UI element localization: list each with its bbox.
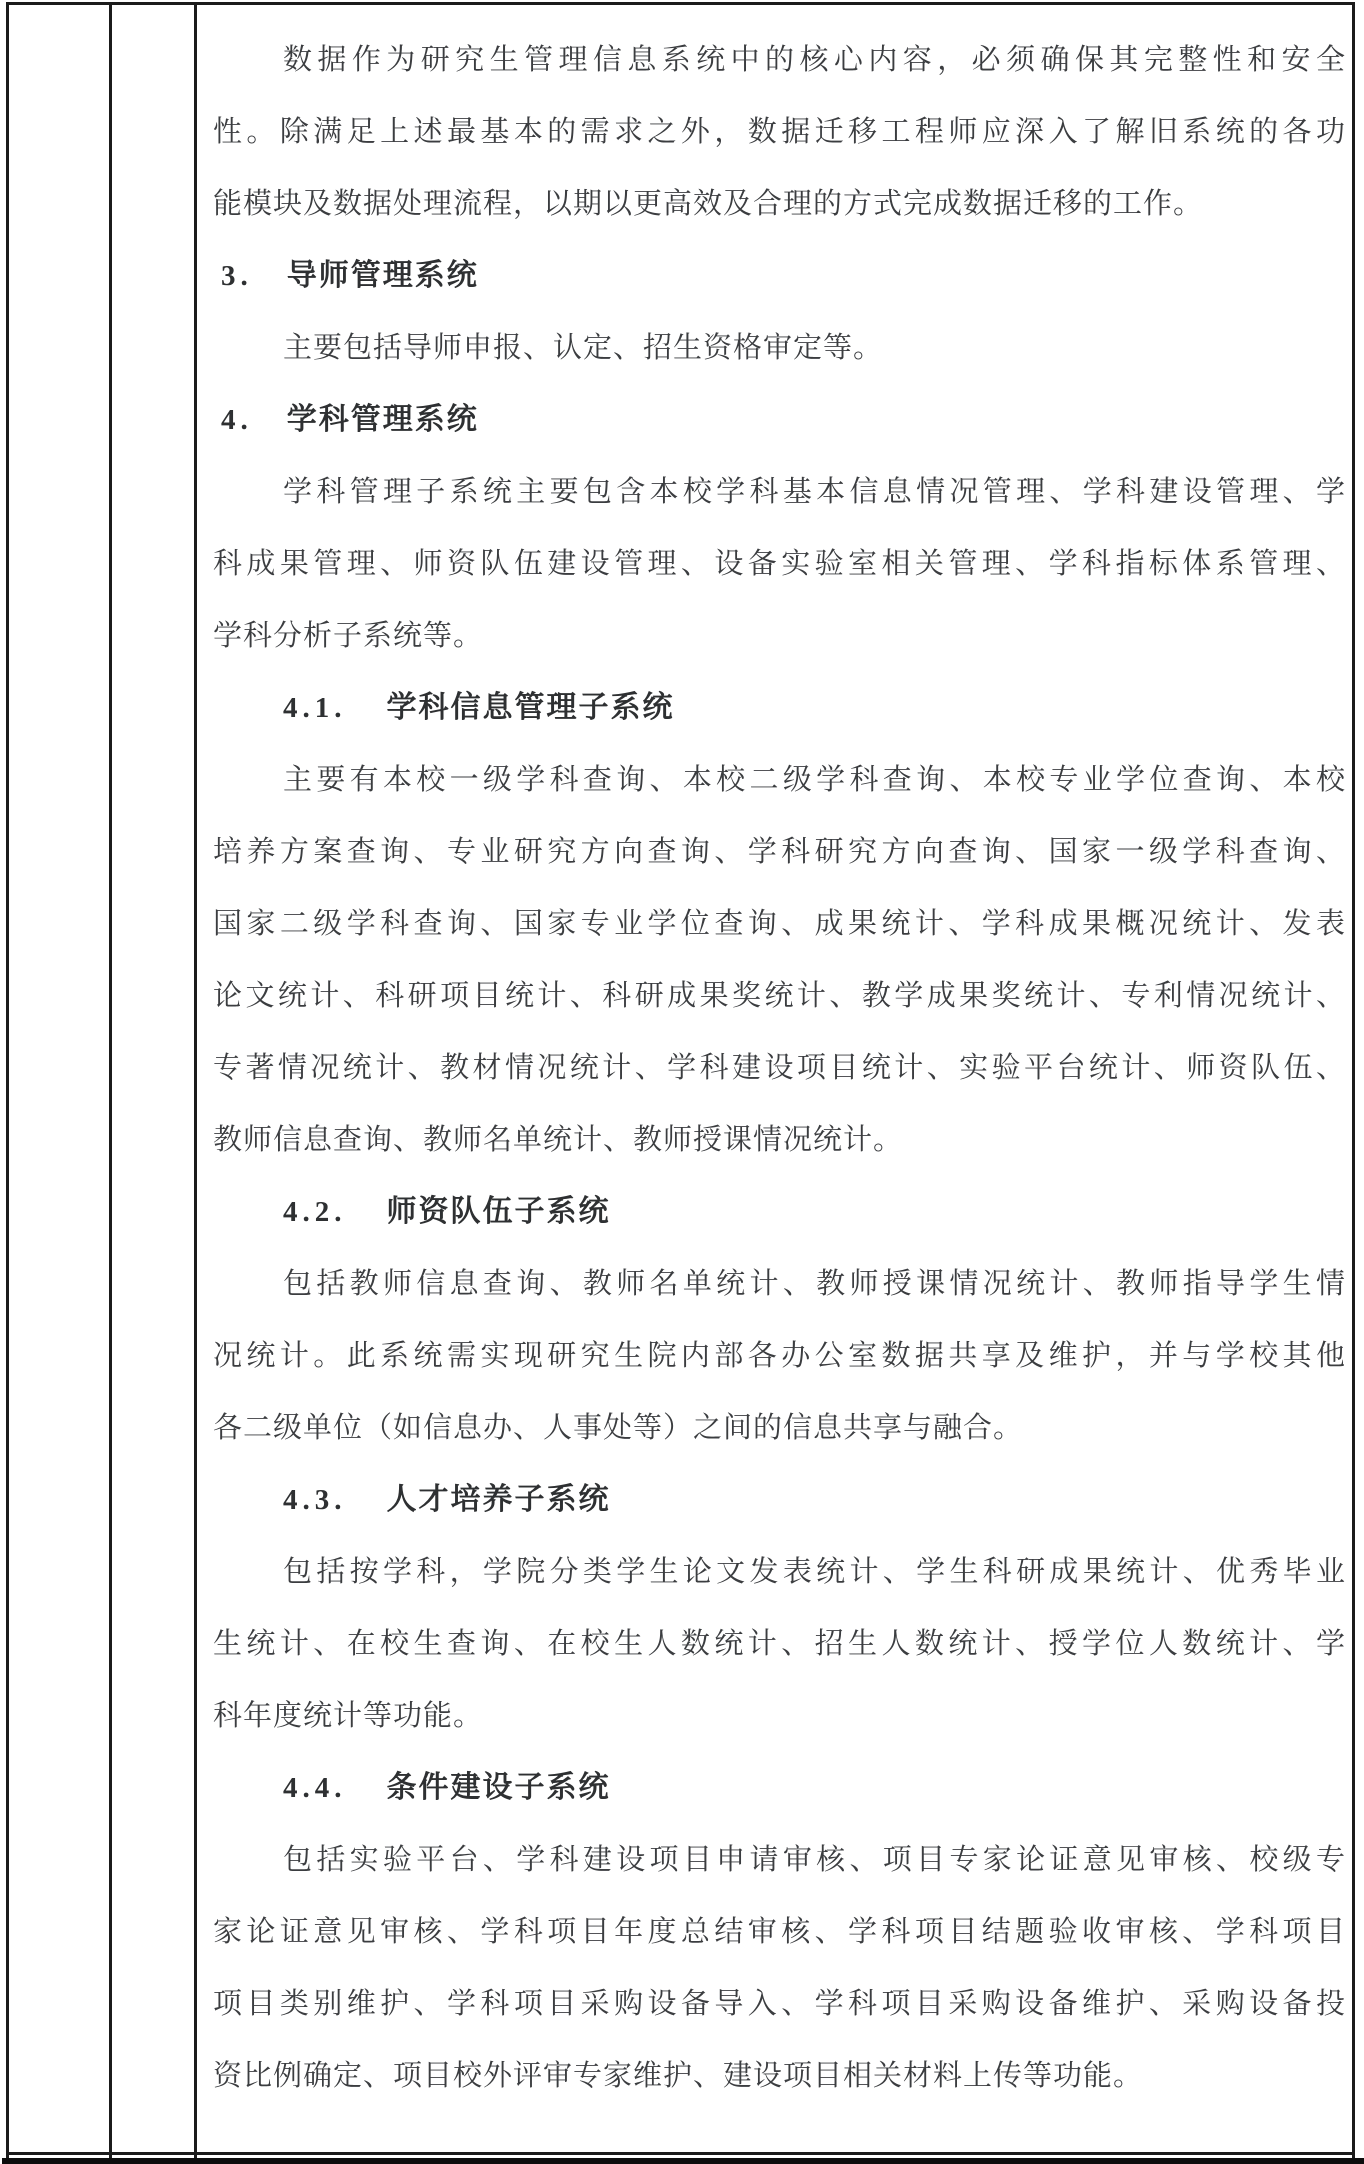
document-page: 数据作为研究生管理信息系统中的核心内容，必须确保其完整性和安全性。除满足上述最基…: [0, 0, 1364, 2164]
subsection-heading: 4.1.学科信息管理子系统: [213, 672, 1346, 744]
paragraph-line: 各二级单位（如信息办、人事处等）之间的信息共享与融合。: [213, 1392, 1346, 1464]
paragraph-line: 包括教师信息查询、教师名单统计、教师授课情况统计、教师指导学生情: [213, 1248, 1346, 1320]
heading-number: 4.3.: [283, 1484, 347, 1516]
paragraph-line: 生统计、在校生查询、在校生人数统计、招生人数统计、授学位人数统计、学: [213, 1608, 1346, 1680]
heading-number: 4.1.: [283, 692, 347, 724]
paragraph-line: 教师信息查询、教师名单统计、教师授课情况统计。: [213, 1104, 1346, 1176]
paragraph-line: 主要有本校一级学科查询、本校二级学科查询、本校专业学位查询、本校: [213, 744, 1346, 816]
subsection-heading: 4.3.人才培养子系统: [213, 1464, 1346, 1536]
paragraph-line: 能模块及数据处理流程，以期以更高效及合理的方式完成数据迁移的工作。: [213, 168, 1346, 240]
heading-title: 师资队伍子系统: [387, 1195, 611, 1228]
paragraph-line: 培养方案查询、专业研究方向查询、学科研究方向查询、国家一级学科查询、: [213, 816, 1346, 888]
paragraph-line: 性。除满足上述最基本的需求之外，数据迁移工程师应深入了解旧系统的各功: [213, 96, 1346, 168]
paragraph-line: 科成果管理、师资队伍建设管理、设备实验室相关管理、学科指标体系管理、: [213, 528, 1346, 600]
heading-number: 4.4.: [283, 1772, 347, 1804]
heading-title: 人才培养子系统: [387, 1483, 611, 1516]
table-column-divider-2: [194, 2, 197, 2164]
paragraph-line: 论文统计、科研项目统计、科研成果奖统计、教学成果奖统计、专利情况统计、: [213, 960, 1346, 1032]
heading-number: 3.: [221, 260, 253, 292]
paragraph-line: 包括实验平台、学科建设项目申请审核、项目专家论证意见审核、校级专: [213, 1824, 1346, 1896]
paragraph-line: 科年度统计等功能。: [213, 1680, 1346, 1752]
subsection-heading: 4.2.师资队伍子系统: [213, 1176, 1346, 1248]
paragraph-line: 专著情况统计、教材情况统计、学科建设项目统计、实验平台统计、师资队伍、: [213, 1032, 1346, 1104]
section-heading: 4.学科管理系统: [213, 384, 1346, 456]
subsection-heading: 4.4.条件建设子系统: [213, 1752, 1346, 1824]
paragraph-line: 项目类别维护、学科项目采购设备导入、学科项目采购设备维护、采购设备投: [213, 1968, 1346, 2040]
paragraph-line: 数据作为研究生管理信息系统中的核心内容，必须确保其完整性和安全: [213, 24, 1346, 96]
heading-title: 条件建设子系统: [387, 1771, 611, 1804]
heading-number: 4.: [221, 404, 253, 436]
table-outer-bottom-border: [2, 2158, 1364, 2164]
paragraph-line: 学科分析子系统等。: [213, 600, 1346, 672]
table-column-divider-1: [109, 2, 112, 2164]
table-row-bottom-border: [6, 2152, 1355, 2155]
table-cell-content: 数据作为研究生管理信息系统中的核心内容，必须确保其完整性和安全性。除满足上述最基…: [213, 24, 1346, 2112]
paragraph-line: 学科管理子系统主要包含本校学科基本信息情况管理、学科建设管理、学: [213, 456, 1346, 528]
paragraph-line: 主要包括导师申报、认定、招生资格审定等。: [213, 312, 1346, 384]
paragraph-line: 国家二级学科查询、国家专业学位查询、成果统计、学科成果概况统计、发表: [213, 888, 1346, 960]
paragraph-line: 包括按学科，学院分类学生论文发表统计、学生科研成果统计、优秀毕业: [213, 1536, 1346, 1608]
heading-title: 学科信息管理子系统: [387, 691, 675, 724]
table-top-border: [6, 2, 1355, 5]
table-left-border: [6, 2, 9, 2164]
section-heading: 3.导师管理系统: [213, 240, 1346, 312]
paragraph-line: 况统计。此系统需实现研究生院内部各办公室数据共享及维护，并与学校其他: [213, 1320, 1346, 1392]
paragraph-line: 家论证意见审核、学科项目年度总结审核、学科项目结题验收审核、学科项目: [213, 1896, 1346, 1968]
paragraph-line: 资比例确定、项目校外评审专家维护、建设项目相关材料上传等功能。: [213, 2040, 1346, 2112]
heading-title: 学科管理系统: [287, 403, 479, 436]
table-right-border: [1352, 2, 1355, 2164]
heading-number: 4.2.: [283, 1196, 347, 1228]
heading-title: 导师管理系统: [287, 259, 479, 292]
